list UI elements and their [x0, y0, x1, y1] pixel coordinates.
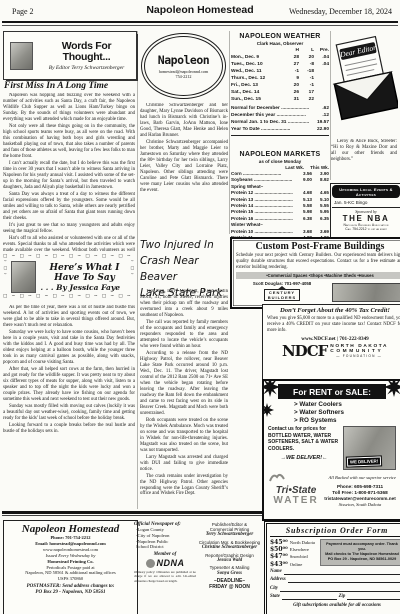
price-row: $47⁰⁰Snowbird: [270, 553, 318, 560]
weather-row: Tues., Dec. 1027-8.04: [231, 61, 329, 68]
ndcf-ad: Don’t Forget About the 40% Tax Credit! W…: [262, 304, 400, 382]
gift-subscription-note: Gift subscriptions available for all occ…: [270, 603, 400, 608]
social-news: Christine Schwartzenberger and her daugh…: [140, 103, 228, 233]
weather-box: NAPOLEON WEATHER Clark Haas, Observer H …: [231, 33, 329, 138]
weather-row: Wed., Dec. 11-1-18: [231, 68, 329, 75]
deadline-value: FRIDAY @ NOON: [198, 584, 261, 590]
weather-row: Sat., Dec. 142617: [231, 89, 329, 96]
ad-item: > Water Coolers: [294, 401, 400, 409]
weather-summary-row: Normal for December ....................…: [231, 105, 329, 112]
issue-date: Wednesday, December 18, 2024: [289, 7, 392, 16]
article-paragraph: Two men, Larry Magstadt, 54 and Dustin M…: [140, 289, 228, 319]
name-field[interactable]: Name: [270, 568, 400, 577]
tristate-water-ad: For RENT or SALE: > Water Coolers> Water…: [262, 379, 400, 521]
napoleon-masthead-logo: Napoleon homestead@napoleonnd.com 754-22…: [141, 33, 226, 99]
logo-phone: 754-2212: [175, 74, 191, 79]
weather-row: Sun., Dec. 153122: [231, 96, 329, 103]
logo-name: Napoleon: [158, 53, 209, 67]
weather-row: Thurs., Dec. 129-1: [231, 75, 329, 82]
jessica-photo: [11, 261, 36, 293]
water-splash-graphic: [268, 471, 286, 483]
events-box: Upcoming Local Events & Activities Jan. …: [330, 183, 400, 238]
weather-row: Fri., Dec. 1320-1: [231, 82, 329, 89]
jessica-column-header: □ ~ □ ~ □ ~ □ ~ □ ~ □ ~ □ ~ □ ~ □ ~ □ ~ …: [3, 254, 135, 302]
member-of-label: Member of: [134, 552, 196, 557]
price-row: $45⁰⁰North Dakota: [270, 539, 318, 546]
weather-row: Mon., Dec. 92820.04: [231, 54, 329, 61]
column-divider: [137, 31, 138, 509]
article-headline: First Miss In A Long Time: [4, 81, 108, 91]
ndcf-logo: NDCF NORTH DAKOTA COMMUNITY — FOUNDATION…: [267, 344, 400, 359]
ad-body: When you give $5,000 or more to a qualif…: [267, 316, 400, 334]
ad-contact-block: Phone: 605-698-7311 Toll Free: 1-800-871…: [324, 484, 396, 506]
ndna-logo: NDNA: [134, 558, 196, 568]
article-paragraph: The call was reported by family members …: [140, 320, 228, 350]
postmaster-note: POSTMASTER: Send address changes to: PO …: [7, 584, 134, 596]
events-sponsor-box: Sponsored by THE NBA Napoleon Business A…: [332, 207, 400, 231]
ad-body: Schedule your next project with Century …: [236, 253, 400, 271]
ad-headline: Custom Post-Frame Buildings: [236, 241, 400, 252]
article-paragraph: Christine Schwartzenberger accompanied h…: [140, 140, 228, 194]
ndna-logo-mark: [146, 559, 155, 568]
weather-day-rows: Mon., Dec. 92820.04Tues., Dec. 1027-8.04…: [231, 54, 329, 103]
words-for-thought-box: Words For Thought... By Editor Terry Sch…: [3, 31, 137, 80]
article-paragraph: According to a release from the ND Highw…: [140, 351, 228, 417]
dear-editor-envelope-illustration: Dear Editor: [330, 34, 398, 136]
article-paragraph: Santa Day was always a treat of a day to…: [3, 192, 135, 222]
obituary-policy: Obituary policy: Obituaries are publishe…: [134, 570, 196, 582]
events-call-note: Call 754-2212 to list an event: [332, 227, 400, 231]
article-paragraph: Not only were all these things going on …: [3, 124, 135, 160]
dear-editor-note: Leroy & Alice Buck, Streeter: “Hi to Roy…: [331, 139, 397, 181]
ad-headline: Don’t Forget About the 40% Tax Credit!: [267, 307, 400, 314]
ad-contact: www.NDCF.net | 701-222-8349: [267, 336, 400, 342]
article-paragraph: Sunday was mostly filled with moving out…: [3, 404, 135, 422]
events-header: Upcoming Local Events & Activities: [332, 185, 400, 198]
decorative-border-right: ≀ □ ≀: [130, 260, 135, 294]
starburst-icon: [262, 403, 274, 417]
century-builders-ad: Custom Post-Frame Buildings Schedule you…: [230, 237, 400, 309]
divider: [231, 135, 329, 136]
weather-summary: Normal for December ....................…: [231, 105, 329, 133]
event-listing: Jan. 5-KC Bingo: [334, 200, 400, 205]
weather-summary-row: December this year .....................…: [231, 112, 329, 119]
we-deliver-line: →WE DELIVER!←: [268, 455, 340, 461]
section-rule-thin: [2, 515, 262, 516]
column-title-line2: . . . By Jessica Faye: [39, 283, 130, 292]
official-newspaper-box: Official Newspaper of: -Logan County-Cit…: [133, 520, 197, 614]
article-paragraph: Hat’s off to all who assisted or volunte…: [3, 236, 135, 252]
editor-photo: [10, 42, 33, 70]
ad-body: Contact us for prices for BOTTLED WATER,…: [268, 426, 340, 452]
ndcf-logo-acronym: NDCF: [282, 344, 327, 359]
ad-item: > Water Softners: [294, 409, 400, 417]
masthead-box: Napoleon Homestead Phone: 701-754-2212 E…: [3, 520, 138, 614]
tristate-water-logo: Tri•State WATER: [268, 486, 324, 506]
ad-item-list: > Water Coolers> Water Softners> RO Syst…: [294, 401, 400, 424]
subscription-order-form: Subscription Order Form $45⁰⁰North Dakot…: [264, 521, 400, 614]
price-row: $43⁰⁰Online: [270, 561, 318, 568]
ad-email: tristatewater@venturecomm.net: [324, 496, 396, 502]
staff-member: Typesetter & MailingSonya Gross: [198, 565, 261, 575]
ad-city: Sisseton, South Dakota: [324, 502, 396, 507]
column-title-line1: Here’s What I Have To Say: [39, 263, 130, 283]
weather-observer: Clark Haas, Observer: [231, 41, 329, 46]
article-paragraph: Saturday we were lucky to have some cous…: [3, 330, 135, 366]
starburst-icon: [384, 379, 400, 397]
state-zip-field[interactable]: State Zip: [270, 593, 400, 602]
subscription-prices: $45⁰⁰North Dakota$50⁰⁰Elsewhere$47⁰⁰Snow…: [270, 539, 318, 568]
building-photo: [332, 283, 400, 302]
decorative-border-left: ≀ □ ≀: [3, 260, 8, 294]
ad-headline: For RENT or SALE:: [278, 384, 386, 399]
price-row: $50⁰⁰Elsewhere: [270, 546, 318, 553]
official-item: School District: [134, 544, 196, 550]
decorative-border: □ ~ □ ~ □ ~ □ ~ □ ~ □ ~ □ ~ □ ~ □ ~ □ ~ …: [3, 294, 135, 300]
staff-member: Reporter/Graphic DesignJessica Wald: [198, 553, 261, 563]
payment-note: Payment must accompany order. Thank you.…: [320, 539, 400, 566]
water-coolers-photo: WE DELIVER!: [343, 426, 396, 470]
starburst-icon: [262, 379, 280, 397]
article-body: Napoleon was hopping and buzzing over th…: [3, 93, 135, 252]
markets-title: NAPOLEON MARKETS: [231, 151, 329, 158]
staff-member: Circulation Mgr. & BookkeepingChristine …: [198, 540, 261, 550]
article-paragraph: Larry Magstadt was arrested and charged …: [140, 455, 228, 473]
weather-summary-row: Year To Date ......................22.90: [231, 126, 329, 133]
weather-column-headers: H L Pre.: [231, 47, 329, 54]
weather-title: NAPOLEON WEATHER: [231, 33, 329, 40]
article-paragraph: After that, we all helped sort cows at t…: [3, 367, 135, 403]
ad-tagline: All Backed with our superior service: [286, 475, 396, 480]
ndcf-logo-name: NORTH DAKOTA COMMUNITY — FOUNDATION —: [330, 344, 388, 358]
address-field[interactable]: Address: [270, 576, 400, 585]
headline-line2: Crash Near Beaver: [140, 253, 232, 285]
article-paragraph: Both occupants were treated on the scene…: [140, 418, 228, 454]
headline-line1: Two Injured In: [140, 237, 232, 253]
jessica-column-body: As per the time of year, there was a lot…: [3, 305, 135, 506]
masthead-usps: USPS 370860: [7, 576, 134, 582]
ad-contact: Scott Douglas: 701-997-4058: [236, 281, 328, 286]
weather-summary-row: Normal Jan. 1 to Dec. 31 ...............…: [231, 119, 329, 126]
article-paragraph: As per the time of year, there was a lot…: [3, 305, 135, 329]
article-paragraph: The crash remains under investigation by…: [140, 474, 228, 498]
header-rule-thin: [2, 25, 398, 26]
article-paragraph: I can’t actually recall the date, but I …: [3, 161, 135, 191]
ad-service-list: •Commercial Spaces •Shops •Machine Sheds…: [236, 272, 400, 279]
article-paragraph: Napoleon was hopping and buzzing over th…: [3, 93, 135, 123]
form-title: Subscription Order Form: [270, 526, 400, 537]
words-for-thought-text: Words For Thought... By Editor Terry Sch…: [37, 41, 136, 71]
article-paragraph: Christine Schwartzenberger and her daugh…: [140, 103, 228, 139]
jessica-column-title: Here’s What I Have To Say . . . By Jessi…: [39, 263, 130, 292]
official-items: -Logan County-City of Napoleon-Napoleon …: [134, 527, 196, 550]
column-divider: [229, 31, 230, 234]
article-paragraph: Looking forward to a couple breaks befor…: [3, 423, 135, 435]
article-paragraph: It’s just great to see that so many youn…: [3, 223, 135, 235]
header-rule: [2, 21, 398, 23]
staff-member: Publisher/Editor & Commercial PrintingTe…: [198, 522, 261, 537]
markets-column-headers: Last Wk. This Wk.: [231, 165, 329, 170]
city-field[interactable]: City: [270, 585, 400, 594]
editor-byline: By Editor Terry Schwartzenberger: [37, 65, 136, 71]
column-title: Words For Thought...: [37, 41, 136, 63]
ad-item: > RO Systems: [294, 417, 400, 425]
century-builders-logo: CENTURY BUILDERS: [264, 289, 300, 301]
sponsor-name: THE NBA: [332, 214, 400, 223]
masthead-title: Napoleon Homestead: [7, 523, 134, 535]
staff-list: Publisher/Editor & Commercial PrintingTe…: [198, 522, 261, 576]
staff-box: Publisher/Editor & Commercial PrintingTe…: [198, 520, 261, 614]
we-deliver-badge: WE DELIVER!: [347, 457, 381, 467]
newspaper-page: Page 2 Napoleon Homestead Wednesday, Dec…: [0, 0, 400, 614]
markets-subtitle: as of close Monday: [231, 159, 329, 164]
crash-article-body: Two men, Larry Magstadt, 54 and Dustin M…: [140, 289, 228, 513]
